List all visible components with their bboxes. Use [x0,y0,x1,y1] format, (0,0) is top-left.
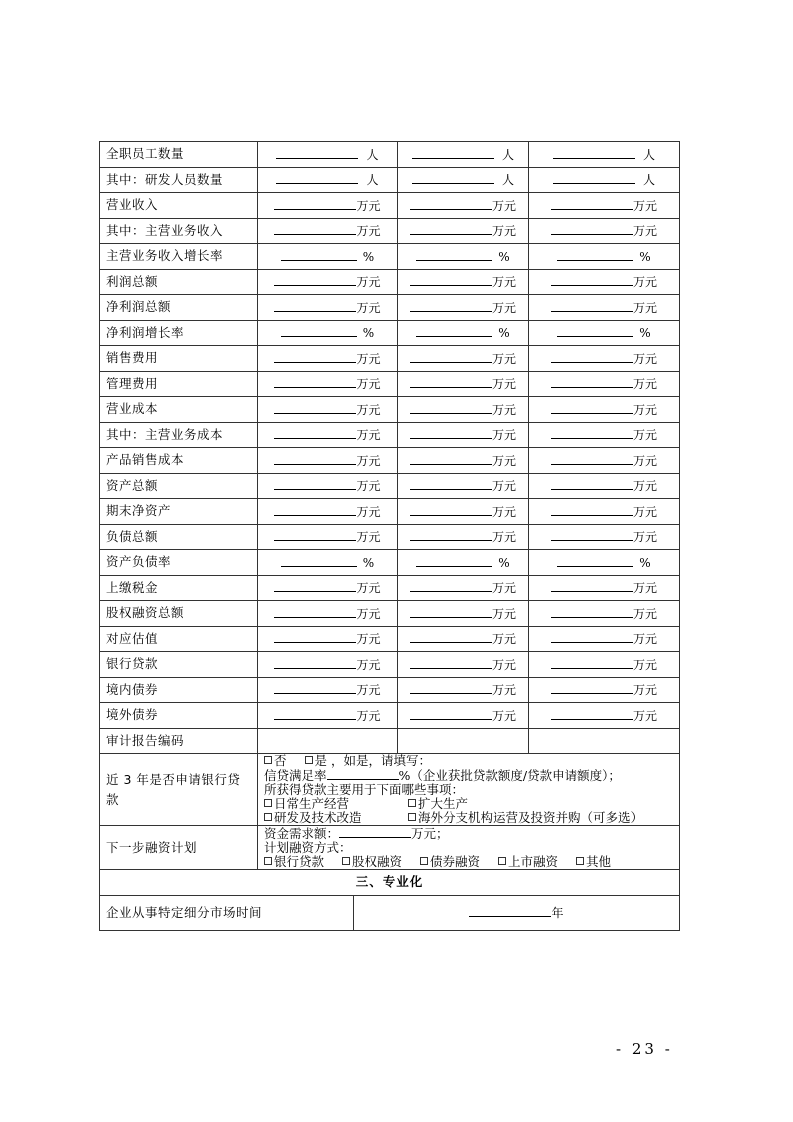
input-blank[interactable] [551,223,633,235]
section-header-row: 三、专业化 [100,870,680,896]
unit-label: 万元 [492,658,516,672]
section-title: 三、专业化 [100,870,680,896]
market-time-value: 年 [354,895,680,930]
unit-label: 万元 [356,352,380,366]
value-cell-year-2: 万元 [398,499,529,525]
method-label: 计划融资方式： [264,841,673,855]
checkbox-icon[interactable] [264,799,272,807]
value-cell-year-2: 万元 [398,601,529,627]
value-cell-year-2: 万元 [398,524,529,550]
value-cell-year-1: 万元 [258,575,398,601]
unit-label: 人 [366,148,378,162]
unit-label: 万元 [492,632,516,646]
unit-label: 万元 [356,199,380,213]
unit-label: 万元 [356,683,380,697]
usage-question: 所获得贷款主要用于下面哪些事项： [264,783,673,797]
value-cell-year-3: % [529,320,680,346]
unit-label: 万元 [492,224,516,238]
value-cell-year-2: 人 [398,167,529,193]
value-cell-year-3: 万元 [529,269,680,295]
unit-label: 万元 [492,530,516,544]
input-blank[interactable] [274,529,356,541]
input-blank[interactable] [551,606,633,618]
unit-label: 万元 [492,505,516,519]
unit-label: 万元 [356,428,380,442]
input-blank[interactable] [551,708,633,720]
row-label: 银行贷款 [100,652,258,678]
input-blank[interactable] [551,402,633,414]
unit-label: 万元 [633,709,657,723]
unit-label: % [639,556,650,570]
value-cell-year-3: 万元 [529,575,680,601]
input-blank[interactable] [551,453,633,465]
table-row: 其中：主营业务成本万元万元万元 [100,422,680,448]
value-cell-year-1: 万元 [258,422,398,448]
unit-label: 万元 [356,275,380,289]
value-cell-year-3: 人 [529,167,680,193]
value-cell-year-3: 万元 [529,499,680,525]
value-cell-year-3: 万元 [529,193,680,219]
table-row: 营业收入万元万元万元 [100,193,680,219]
input-blank[interactable] [274,223,356,235]
table-row: 净利润增长率%%% [100,320,680,346]
unit-label: 万元 [633,377,657,391]
unit-label: 万元 [492,199,516,213]
unit-label: % [363,326,374,340]
method-option-1[interactable]: 股权融资 [342,855,402,869]
row-label: 销售费用 [100,346,258,372]
input-blank[interactable] [410,351,492,363]
usage-option-0[interactable]: 日常生产经营 [264,797,404,811]
table-row: 净利润总额万元万元万元 [100,295,680,321]
value-cell-year-2: 万元 [398,346,529,372]
table-row: 境内债券万元万元万元 [100,677,680,703]
unit-label: 万元 [356,403,380,417]
unit-label: 万元 [633,479,657,493]
checkbox-icon[interactable] [264,756,272,764]
row-label: 负债总额 [100,524,258,550]
input-blank[interactable] [410,300,492,312]
input-blank[interactable] [274,351,356,363]
row-label: 主营业务收入增长率 [100,244,258,270]
input-blank[interactable] [276,147,358,159]
financing-plan-label: 下一步融资计划 [100,826,258,870]
input-blank[interactable] [274,376,356,388]
input-blank[interactable] [274,708,356,720]
value-cell-year-3: 万元 [529,601,680,627]
unit-label: 万元 [356,709,380,723]
bank-loan-label: 近 3 年是否申请银行贷款 [100,754,258,826]
value-cell-year-3: 万元 [529,371,680,397]
value-cell-year-2: % [398,244,529,270]
table-row: 利润总额万元万元万元 [100,269,680,295]
value-cell-year-1: 万元 [258,346,398,372]
table-row: 上缴税金万元万元万元 [100,575,680,601]
value-cell-year-1: 万元 [258,677,398,703]
input-blank[interactable] [553,172,635,184]
table-row: 境外债券万元万元万元 [100,703,680,729]
row-label: 全职员工数量 [100,142,258,168]
row-label: 审计报告编码 [100,728,258,754]
value-cell-year-1: 万元 [258,371,398,397]
input-blank[interactable] [410,606,492,618]
value-cell-year-2: 万元 [398,193,529,219]
input-blank[interactable] [410,453,492,465]
unit-label: % [363,250,374,264]
input-blank[interactable] [274,274,356,286]
input-blank[interactable] [551,274,633,286]
form-page: 全职员工数量人人人其中：研发人员数量人人人营业收入万元万元万元其中：主营业务收入… [99,141,679,931]
value-cell-year-3[interactable] [529,728,680,754]
input-blank[interactable] [281,249,357,261]
value-cell-year-2: 万元 [398,652,529,678]
input-blank[interactable] [274,504,356,516]
table-row: 管理费用万元万元万元 [100,371,680,397]
value-cell-year-3: % [529,244,680,270]
input-blank[interactable] [274,453,356,465]
input-blank[interactable] [281,555,357,567]
checkbox-icon[interactable] [408,799,416,807]
row-label: 境内债券 [100,677,258,703]
input-blank[interactable] [410,657,492,669]
option-yes[interactable]: 是 [305,754,328,768]
table-row: 全职员工数量人人人 [100,142,680,168]
input-blank[interactable] [557,325,633,337]
unit-label: 万元 [633,632,657,646]
table-row: 销售费用万元万元万元 [100,346,680,372]
unit-label: 万元 [633,199,657,213]
financing-plan-content: 资金需求额：万元； 计划融资方式： 银行贷款 股权融资 债券融资 上市融资 其他 [258,826,680,870]
page-number: - 23 - [616,1040,673,1058]
input-blank[interactable] [551,504,633,516]
unit-label: 万元 [492,709,516,723]
unit-label: 万元 [633,275,657,289]
value-cell-year-1: 万元 [258,473,398,499]
input-blank[interactable] [551,682,633,694]
table-row: 银行贷款万元万元万元 [100,652,680,678]
row-label: 其中：研发人员数量 [100,167,258,193]
unit-label: 万元 [633,530,657,544]
financial-rows: 全职员工数量人人人其中：研发人员数量人人人营业收入万元万元万元其中：主营业务收入… [100,142,680,754]
table-row: 产品销售成本万元万元万元 [100,448,680,474]
specialization-table: 企业从事特定细分市场时间 年 [99,895,680,931]
value-cell-year-2: 万元 [398,269,529,295]
unit-label: 万元 [356,607,380,621]
input-blank[interactable] [410,274,492,286]
value-cell-year-3: 人 [529,142,680,168]
value-cell-year-1: 万元 [258,448,398,474]
value-cell-year-3: 万元 [529,448,680,474]
unit-label: 万元 [633,505,657,519]
input-blank[interactable] [274,631,356,643]
checkbox-icon[interactable] [342,857,350,865]
value-cell-year-1: 万元 [258,295,398,321]
value-cell-year-2[interactable] [398,728,529,754]
unit-label: 万元 [633,428,657,442]
table-row: 审计报告编码 [100,728,680,754]
row-label: 营业收入 [100,193,258,219]
input-blank[interactable] [551,300,633,312]
input-blank[interactable] [274,300,356,312]
value-cell-year-1: 万元 [258,193,398,219]
value-cell-year-2: % [398,550,529,576]
value-cell-year-1[interactable] [258,728,398,754]
value-cell-year-2: 万元 [398,473,529,499]
unit-label: 万元 [356,454,380,468]
checkbox-icon[interactable] [420,857,428,865]
table-row: 期末净资产万元万元万元 [100,499,680,525]
method-option-3[interactable]: 上市融资 [498,855,558,869]
unit-label: 万元 [356,479,380,493]
unit-label: 万元 [633,454,657,468]
input-blank[interactable] [410,223,492,235]
unit-label: 万元 [492,683,516,697]
row-label: 资产总额 [100,473,258,499]
value-cell-year-1: 人 [258,142,398,168]
input-blank[interactable] [416,249,492,261]
unit-label: 万元 [492,403,516,417]
value-cell-year-1: 万元 [258,652,398,678]
value-cell-year-2: 万元 [398,626,529,652]
value-cell-year-3: 万元 [529,703,680,729]
unit-label: 万元 [633,224,657,238]
unit-label: 万元 [492,275,516,289]
input-blank[interactable] [551,478,633,490]
value-cell-year-1: 万元 [258,601,398,627]
row-label: 资产负债率 [100,550,258,576]
input-blank[interactable] [410,504,492,516]
value-cell-year-1: 人 [258,167,398,193]
row-label: 净利润总额 [100,295,258,321]
input-blank[interactable] [410,427,492,439]
market-time-row: 企业从事特定细分市场时间 年 [100,895,680,930]
table-row: 对应估值万元万元万元 [100,626,680,652]
unit-label: 万元 [633,301,657,315]
unit-label: 万元 [356,632,380,646]
usage-option-3[interactable]: 海外分支机构运营及投资并购（可多选） [408,811,643,825]
table-row: 负债总额万元万元万元 [100,524,680,550]
row-label: 股权融资总额 [100,601,258,627]
input-blank[interactable] [410,631,492,643]
credit-rate-field[interactable] [327,768,399,780]
value-cell-year-1: 万元 [258,269,398,295]
value-cell-year-3: 万元 [529,346,680,372]
value-cell-year-3: 万元 [529,422,680,448]
bank-loan-row: 近 3 年是否申请银行贷款 否 是 ，如是，请填写： 信贷满足率%（企业获批贷款… [100,754,680,826]
value-cell-year-3: 万元 [529,626,680,652]
unit-label: 万元 [356,581,380,595]
unit-label: 人 [643,173,655,187]
input-blank[interactable] [274,402,356,414]
input-blank[interactable] [557,249,633,261]
row-label: 利润总额 [100,269,258,295]
value-cell-year-3: 万元 [529,218,680,244]
value-cell-year-3: 万元 [529,524,680,550]
value-cell-year-1: 万元 [258,524,398,550]
table-row: 营业成本万元万元万元 [100,397,680,423]
market-time-label: 企业从事特定细分市场时间 [100,895,354,930]
unit-label: 万元 [356,530,380,544]
row-label: 境外债券 [100,703,258,729]
unit-label: 万元 [633,403,657,417]
checkbox-icon[interactable] [264,813,272,821]
usage-option-2[interactable]: 研发及技术改造 [264,811,404,825]
row-label: 其中：主营业务收入 [100,218,258,244]
checkbox-icon[interactable] [408,813,416,821]
row-label: 管理费用 [100,371,258,397]
input-blank[interactable] [410,580,492,592]
input-blank[interactable] [410,682,492,694]
unit-label: 万元 [356,377,380,391]
row-label: 其中：主营业务成本 [100,422,258,448]
value-cell-year-2: 万元 [398,218,529,244]
value-cell-year-1: % [258,244,398,270]
value-cell-year-3: % [529,550,680,576]
financing-plan-row: 下一步融资计划 资金需求额：万元； 计划融资方式： 银行贷款 股权融资 债券融资… [100,826,680,870]
unit-label: 万元 [633,581,657,595]
table-row: 其中：主营业务收入万元万元万元 [100,218,680,244]
unit-label: 万元 [356,224,380,238]
unit-label: 万元 [492,454,516,468]
value-cell-year-3: 万元 [529,473,680,499]
input-blank[interactable] [551,427,633,439]
method-option-4[interactable]: 其他 [576,855,611,869]
value-cell-year-2: 万元 [398,703,529,729]
input-blank[interactable] [551,580,633,592]
input-blank[interactable] [274,580,356,592]
input-blank[interactable] [410,708,492,720]
input-blank[interactable] [412,172,494,184]
input-blank[interactable] [551,351,633,363]
input-blank[interactable] [410,198,492,210]
value-cell-year-2: 万元 [398,677,529,703]
checkbox-icon[interactable] [576,857,584,865]
unit-label: 万元 [492,607,516,621]
unit-label: 万元 [492,479,516,493]
unit-label: 人 [366,173,378,187]
input-blank[interactable] [274,478,356,490]
input-blank[interactable] [410,529,492,541]
input-blank[interactable] [551,657,633,669]
input-blank[interactable] [410,402,492,414]
years-field[interactable] [469,905,551,917]
input-blank[interactable] [281,325,357,337]
unit-label: 万元 [492,352,516,366]
input-blank[interactable] [410,478,492,490]
value-cell-year-2: 万元 [398,371,529,397]
checkbox-icon[interactable] [498,857,506,865]
input-blank[interactable] [557,555,633,567]
input-blank[interactable] [553,147,635,159]
input-blank[interactable] [551,529,633,541]
value-cell-year-1: 万元 [258,397,398,423]
option-no[interactable]: 否 [264,754,287,768]
table-row: 主营业务收入增长率%%% [100,244,680,270]
input-blank[interactable] [551,376,633,388]
unit-label: 万元 [633,683,657,697]
row-label: 净利润增长率 [100,320,258,346]
table-row: 股权融资总额万元万元万元 [100,601,680,627]
unit-label: 万元 [633,607,657,621]
unit-label: % [363,556,374,570]
input-blank[interactable] [274,427,356,439]
unit-label: % [639,250,650,264]
unit-label: 人 [502,148,514,162]
fund-demand-field[interactable] [339,826,411,838]
value-cell-year-2: 万元 [398,295,529,321]
unit-label: 万元 [633,658,657,672]
value-cell-year-2: 万元 [398,422,529,448]
unit-label: 万元 [492,301,516,315]
value-cell-year-2: % [398,320,529,346]
row-label: 上缴税金 [100,575,258,601]
input-blank[interactable] [276,172,358,184]
unit-label: 万元 [356,505,380,519]
row-label: 产品销售成本 [100,448,258,474]
row-label: 营业成本 [100,397,258,423]
value-cell-year-3: 万元 [529,295,680,321]
value-cell-year-1: 万元 [258,499,398,525]
unit-label: % [498,556,509,570]
value-cell-year-1: 万元 [258,703,398,729]
value-cell-year-3: 万元 [529,652,680,678]
value-cell-year-1: 万元 [258,218,398,244]
unit-label: % [498,250,509,264]
input-blank[interactable] [410,376,492,388]
value-cell-year-2: 万元 [398,397,529,423]
input-blank[interactable] [274,606,356,618]
unit-label: 万元 [492,428,516,442]
input-blank[interactable] [551,198,633,210]
unit-label: 万元 [492,581,516,595]
unit-label: 万元 [356,301,380,315]
value-cell-year-2: 人 [398,142,529,168]
value-cell-year-2: 万元 [398,448,529,474]
financial-data-table: 全职员工数量人人人其中：研发人员数量人人人营业收入万元万元万元其中：主营业务收入… [99,141,680,896]
unit-label: 人 [643,148,655,162]
unit-label: 万元 [356,658,380,672]
method-option-2[interactable]: 债券融资 [420,855,480,869]
checkbox-icon[interactable] [264,857,272,865]
table-row: 资产总额万元万元万元 [100,473,680,499]
input-blank[interactable] [551,631,633,643]
value-cell-year-3: 万元 [529,677,680,703]
value-cell-year-2: 万元 [398,575,529,601]
value-cell-year-1: 万元 [258,626,398,652]
table-row: 资产负债率%%% [100,550,680,576]
input-blank[interactable] [274,657,356,669]
row-label: 对应估值 [100,626,258,652]
value-cell-year-1: % [258,320,398,346]
method-option-0[interactable]: 银行贷款 [264,855,324,869]
unit-label: 万元 [492,377,516,391]
unit-label: 万元 [633,352,657,366]
value-cell-year-3: 万元 [529,397,680,423]
value-cell-year-1: % [258,550,398,576]
row-label: 期末净资产 [100,499,258,525]
bank-loan-content: 否 是 ，如是，请填写： 信贷满足率%（企业获批贷款额度/贷款申请额度）； 所获… [258,754,680,826]
input-blank[interactable] [274,198,356,210]
unit-label: % [498,326,509,340]
unit-label: 人 [502,173,514,187]
unit-label: % [639,326,650,340]
input-blank[interactable] [416,325,492,337]
checkbox-icon[interactable] [305,756,313,764]
input-blank[interactable] [412,147,494,159]
usage-option-1[interactable]: 扩大生产 [408,797,468,811]
input-blank[interactable] [416,555,492,567]
input-blank[interactable] [274,682,356,694]
